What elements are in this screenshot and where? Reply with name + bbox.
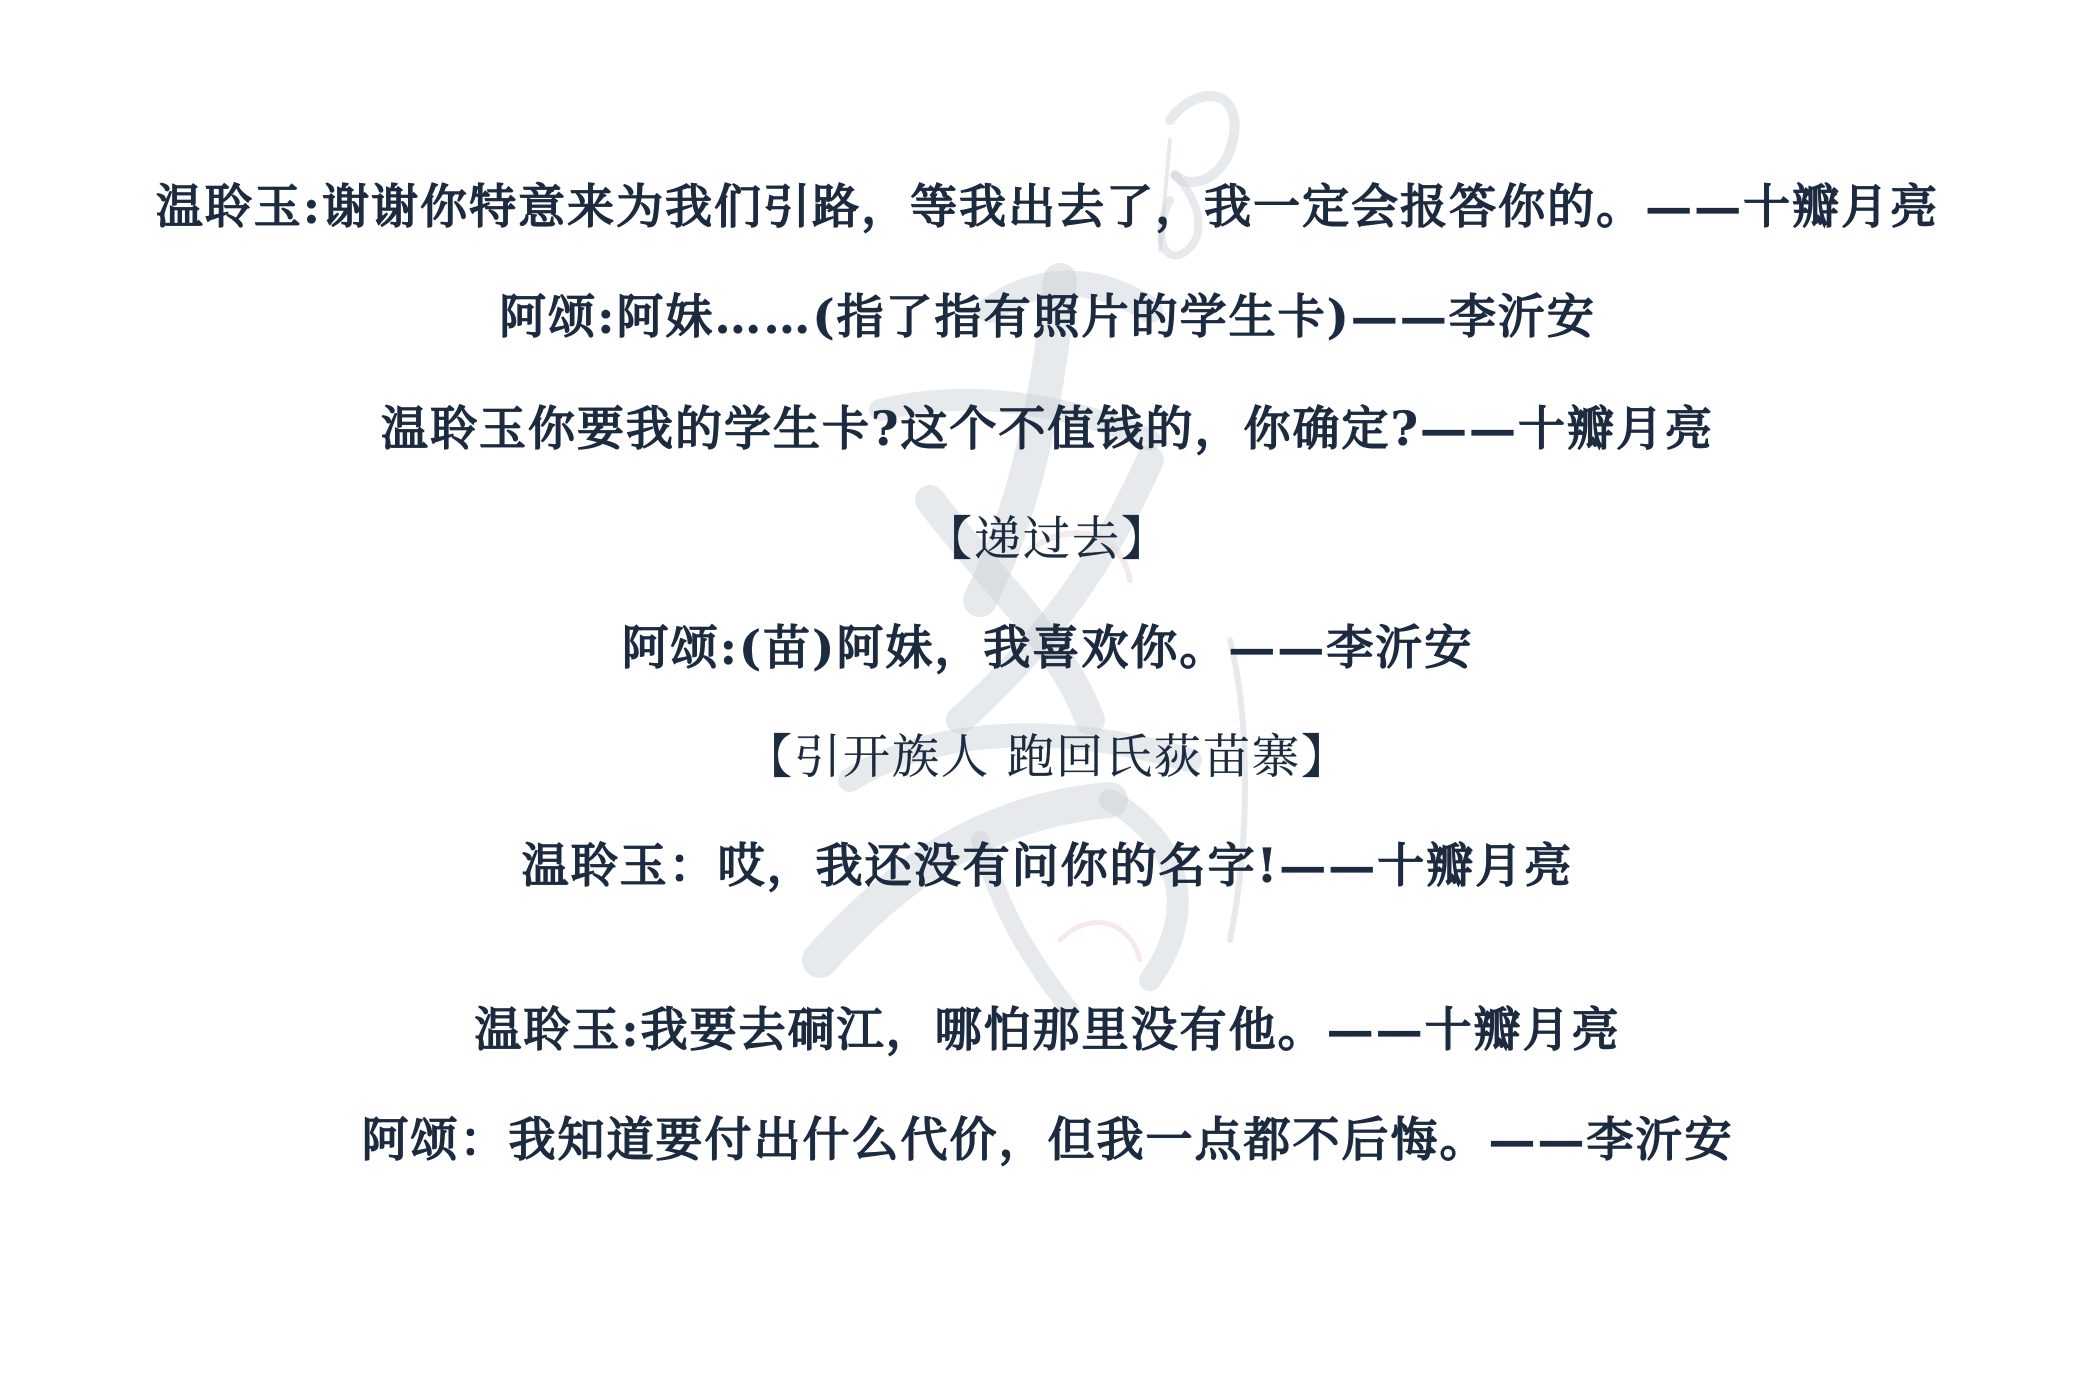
dialogue-line-4: 阿颂:(苗)阿妹，我喜欢你。——李沂安 — [0, 621, 2095, 677]
dialogue-line-3: 温聆玉你要我的学生卡?这个不值钱的，你确定?——十瓣月亮 — [0, 402, 2095, 458]
dialogue-line-2: 阿颂:阿妹……(指了指有照片的学生卡)——李沂安 — [0, 290, 2095, 346]
dialogue-line-7: 阿颂：我知道要付出什么代价，但我一点都不后悔。——李沂安 — [0, 1113, 2095, 1169]
stage-direction-1: 【递过去】 — [0, 512, 2095, 568]
dialogue-line-6: 温聆玉:我要去硐江，哪怕那里没有他。——十瓣月亮 — [0, 1003, 2095, 1059]
dialogue-line-5: 温聆玉：哎，我还没有问你的名字!——十瓣月亮 — [0, 839, 2095, 895]
dialogue-line-1: 温聆玉:谢谢你特意来为我们引路，等我出去了，我一定会报答你的。——十瓣月亮 — [0, 180, 2095, 236]
stage-direction-2: 【引开族人 跑回氏荻苗寨】 — [0, 730, 2095, 786]
document-page: 温聆玉:谢谢你特意来为我们引路，等我出去了，我一定会报答你的。——十瓣月亮 阿颂… — [0, 0, 2095, 1397]
